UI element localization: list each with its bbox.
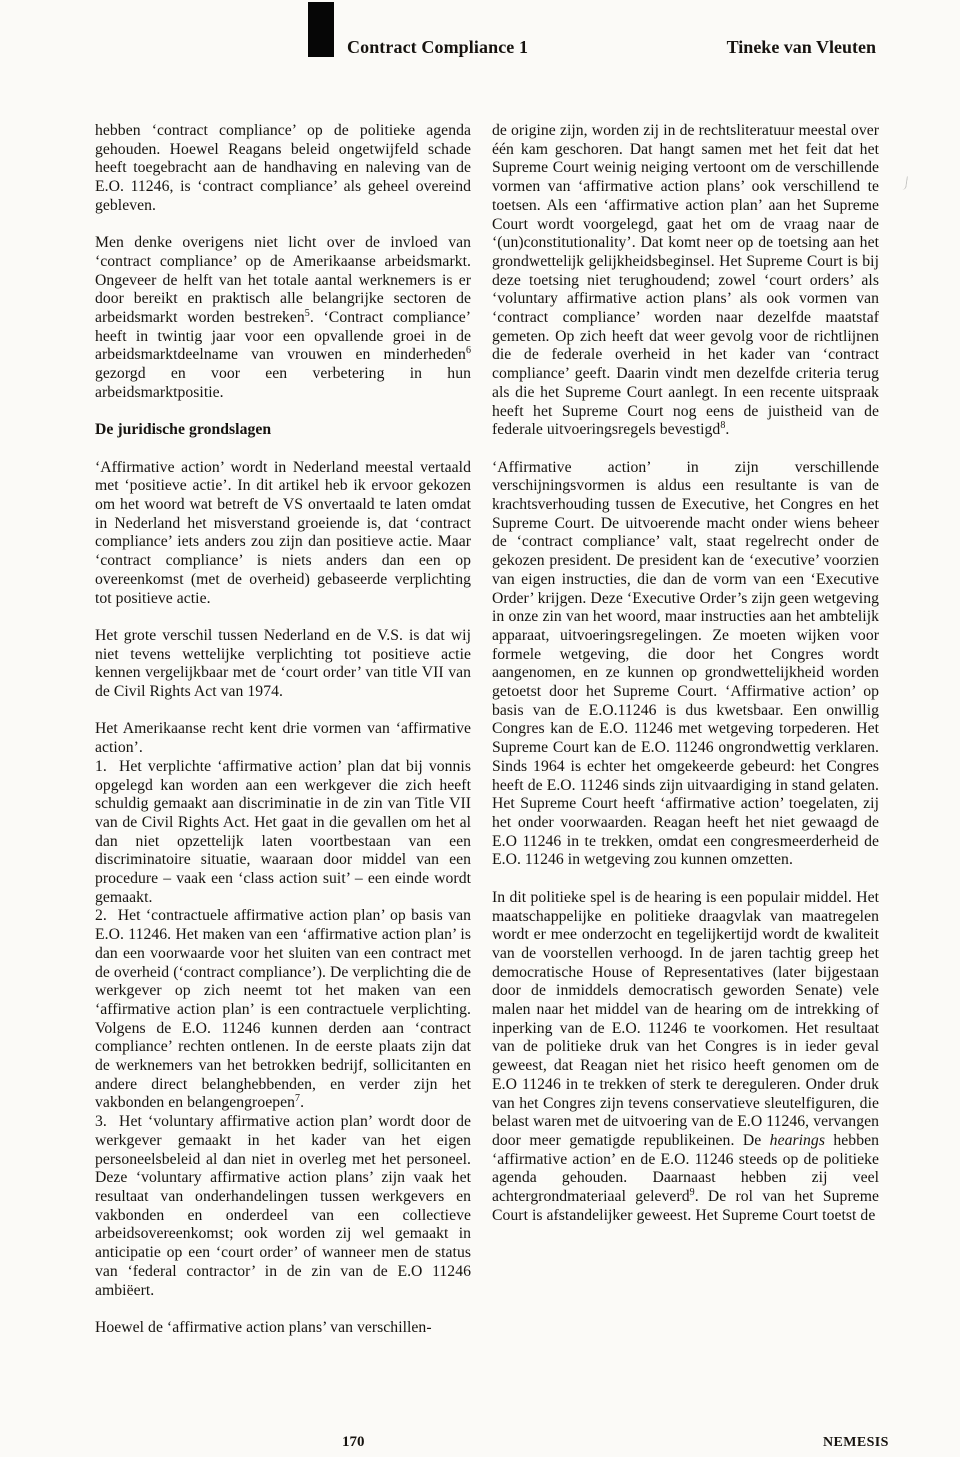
- paragraph: Het Amerikaanse recht kent drie vormen v…: [95, 720, 471, 757]
- paragraph: hebben ‘contract compliance’ op de polit…: [95, 122, 471, 216]
- paragraph: ‘Affirmative action’ wordt in Nederland …: [95, 459, 471, 609]
- paragraph: In dit politieke spel is de hearing is e…: [492, 889, 879, 1226]
- journal-page: Contract Compliance 1 Tineke van Vleuten…: [0, 0, 960, 1457]
- footnote-ref: 7: [295, 1093, 300, 1104]
- footnote-ref: 9: [690, 1187, 695, 1198]
- paragraph: Het grote verschil tussen Nederland en d…: [95, 627, 471, 702]
- journal-name: NEMESIS: [823, 1435, 889, 1451]
- article-author: Tineke van Vleuten: [727, 37, 876, 58]
- paragraph: Men denke overigens niet licht over de i…: [95, 234, 471, 402]
- right-column: de origine zijn, worden zij in de rechts…: [492, 122, 879, 1225]
- paragraph: de origine zijn, worden zij in de rechts…: [492, 122, 879, 440]
- left-column: hebben ‘contract compliance’ op de polit…: [95, 122, 471, 1338]
- paragraph: Hoewel de ‘affirmative action plans’ van…: [95, 1319, 471, 1338]
- footnote-ref: 6: [466, 345, 471, 356]
- paragraph: 2. Het ‘contractuele affirmative action …: [95, 907, 471, 1113]
- scan-artifact: [902, 176, 908, 190]
- footnote-ref: 8: [720, 420, 725, 431]
- paragraph: ‘Affirmative action’ in zijn verschillen…: [492, 459, 879, 870]
- paragraph: 3. Het ‘voluntary affirmative action pla…: [95, 1113, 471, 1300]
- footnote-ref: 5: [305, 308, 310, 319]
- article-title: Contract Compliance 1: [347, 37, 528, 58]
- page-number: 170: [342, 1434, 365, 1451]
- paragraph: 1. Het verplichte ‘affirmative action’ p…: [95, 758, 471, 908]
- masthead-bar: [308, 2, 334, 57]
- section-heading: De juridische grondslagen: [95, 421, 471, 440]
